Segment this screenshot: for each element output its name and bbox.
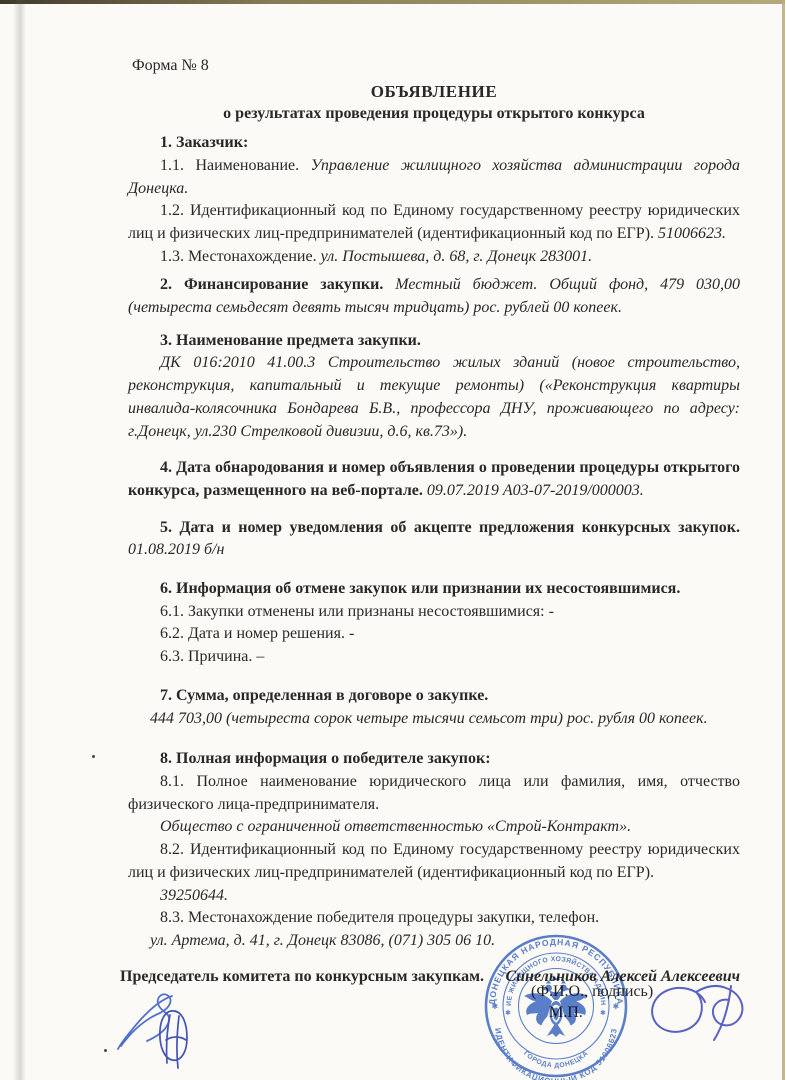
right-signature-stroke bbox=[652, 986, 742, 1040]
left-signature-flourish bbox=[160, 1011, 187, 1068]
clause-winner-location-value: ул. Артема, д. 41, г. Донецк 83086, (071… bbox=[128, 930, 740, 953]
document-body: Форма № 8 ОБЪЯВЛЕНИЕ о результатах прове… bbox=[128, 55, 740, 988]
clause-label: 1.2. Идентификационный код по Единому го… bbox=[128, 202, 740, 242]
section-sum-value: 444 703,00 (четыреста сорок четыре тысяч… bbox=[128, 708, 740, 731]
section-customer-heading: 1. Заказчик: bbox=[128, 132, 740, 155]
clause-cancellation-2: 6.2. Дата и номер решения. - bbox=[128, 623, 740, 646]
clause-winner-location-label: 8.3. Местонахождение победителя процедур… bbox=[128, 907, 740, 930]
clause-customer-name: 1.1. Наименование. Управление жилищного … bbox=[128, 155, 740, 200]
stamp-separator-inner-right: ✱ bbox=[600, 1009, 606, 1017]
section-subject-heading: 3. Наименование предмета закупки. bbox=[128, 330, 740, 353]
section-financing: 2. Финансирование закупки. Местный бюдже… bbox=[128, 274, 740, 319]
clause-label: 5. Дата и номер уведомления об акцепте п… bbox=[160, 519, 740, 536]
clause-value: 51006623. bbox=[658, 225, 726, 242]
stamp-separator-right: ✱ bbox=[613, 1002, 620, 1011]
section-sum-heading: 7. Сумма, определенная в договоре о заку… bbox=[128, 685, 740, 708]
scan-edge-left bbox=[13, 0, 26, 1080]
stamp-inner-top-text: УПРАВЛЕНИЕ ЖИЛИЩНОГО ХОЗЯЙСТВА АДМИНИСТР… bbox=[506, 956, 606, 1008]
scan-edge-top bbox=[0, 0, 785, 4]
official-round-stamp: ДОНЕЦКАЯ НАРОДНАЯ РЕСПУБЛИКА ИДЕНТИФИКАЦ… bbox=[478, 928, 634, 1080]
clause-label: 1.3. Местонахождение. bbox=[160, 248, 321, 265]
scan-speck bbox=[104, 1049, 107, 1052]
left-signature-stroke bbox=[118, 994, 172, 1049]
scanned-document-page: Форма № 8 ОБЪЯВЛЕНИЕ о результатах прове… bbox=[0, 0, 785, 1080]
clause-value: 09.07.2019 А03-07-2019/000003. bbox=[427, 482, 644, 499]
stamp-separator-inner-left: ✱ bbox=[505, 1009, 511, 1017]
clause-label: 2. Финансирование закупки. bbox=[160, 276, 395, 293]
document-title: ОБЪЯВЛЕНИЕ bbox=[128, 81, 740, 104]
section-subject-value: ДК 016:2010 41.00.3 Строительство жилых … bbox=[128, 352, 740, 443]
clause-winner-name-value: Общество с ограниченной ответственностью… bbox=[128, 816, 740, 839]
clause-winner-name-label: 8.1. Полное наименование юридического ли… bbox=[128, 771, 740, 816]
clause-winner-code-label: 8.2. Идентификационный код по Единому го… bbox=[128, 839, 740, 884]
scan-speck bbox=[92, 755, 95, 758]
stamp-separator-left: ✱ bbox=[492, 1002, 499, 1011]
signatory-role: Председатель комитета по конкурсным заку… bbox=[120, 966, 484, 989]
clause-value: 01.08.2019 б/н bbox=[128, 541, 224, 558]
clause-customer-location: 1.3. Местонахождение. ул. Постышева, д. … bbox=[128, 246, 740, 269]
clause-label: 1.1. Наименование. bbox=[160, 157, 311, 174]
clause-customer-code: 1.2. Идентификационный код по Единому го… bbox=[128, 200, 740, 245]
section-winner-heading: 8. Полная информация о победителе закупо… bbox=[128, 748, 740, 771]
section-acceptance: 5. Дата и номер уведомления об акцепте п… bbox=[128, 517, 740, 562]
clause-winner-code-value: 39250644. bbox=[128, 885, 740, 908]
clause-cancellation-3: 6.3. Причина. – bbox=[128, 646, 740, 669]
clause-value: ул. Постышева, д. 68, г. Донецк 283001. bbox=[321, 248, 593, 265]
document-subtitle: о результатах проведения процедуры откры… bbox=[128, 103, 740, 126]
section-publication: 4. Дата обнародования и номер объявления… bbox=[128, 457, 740, 502]
form-number-label: Форма № 8 bbox=[132, 55, 740, 78]
clause-cancellation-1: 6.1. Закупки отменены или признаны несос… bbox=[128, 601, 740, 624]
section-cancellation-heading: 6. Информация об отмене закупок или приз… bbox=[128, 578, 740, 601]
